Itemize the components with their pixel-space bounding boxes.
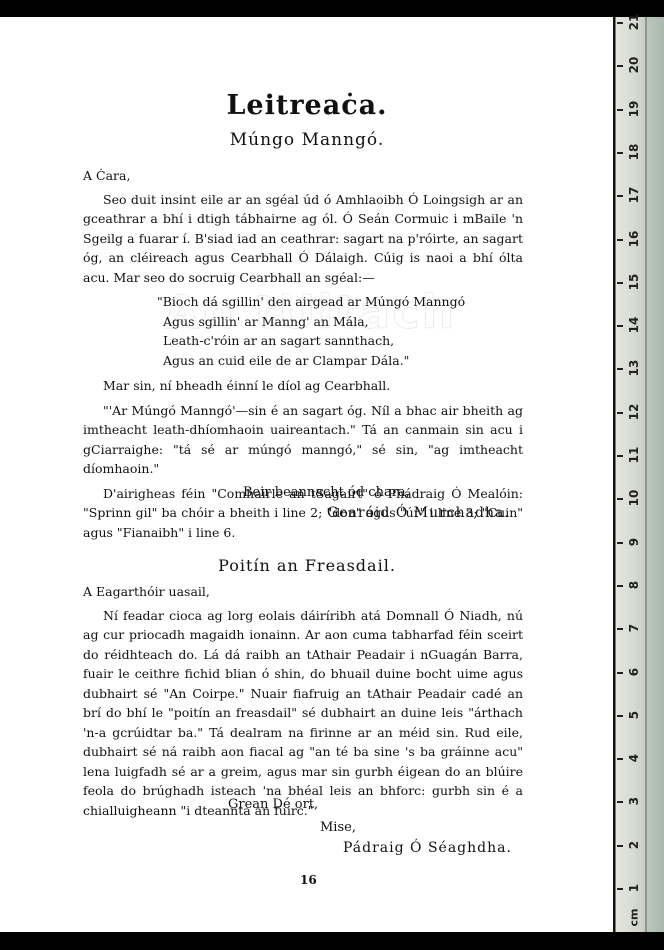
ruler-tick (617, 455, 623, 457)
ruler-tick-label: 17 (627, 184, 641, 206)
ruler-tick (617, 325, 623, 327)
letter1-verse: "Bioch dá sgillin' den airgead ar Múngó … (163, 292, 523, 370)
ruler-tick-label: 11 (627, 444, 641, 466)
ruler-tick (617, 368, 623, 370)
ruler-tick-label: 21 (627, 11, 641, 33)
letter1-paragraph: Seo duit insint eile ar an sgéal úd ó Am… (83, 190, 523, 288)
ruler-tick-label: 10 (627, 487, 641, 509)
letter2-closing2: Mise, (320, 820, 356, 835)
verse-line: Leath-c'róin ar an sagart sannthach, (163, 331, 523, 351)
letter1-closing: Beir beannacht ód chara, (243, 485, 410, 500)
ruler-tick (617, 22, 623, 24)
ruler-tick-label: 12 (627, 401, 641, 423)
ruler-tick-label: 14 (627, 314, 641, 336)
ruler-tick (617, 65, 623, 67)
letter2-closing: Grean Dé ort, (228, 797, 318, 812)
ruler-tick-label: 7 (627, 617, 641, 639)
letter1-signature: Gearóid Ó Murchadha. (327, 505, 510, 521)
ruler-tick-label: 16 (627, 228, 641, 250)
ruler-tick (617, 412, 623, 414)
letter2-body: A Eagarthóir uasail, Ní feadar cioca ag … (83, 582, 523, 825)
verse-line: "Bioch dá sgillin' den airgead ar Múngó … (163, 292, 523, 312)
ruler-tick (617, 715, 623, 717)
ruler-tick (617, 109, 623, 111)
ruler-tick (617, 152, 623, 154)
ruler-tick (617, 542, 623, 544)
ruler-tick (617, 888, 623, 890)
letter2-paragraph: Ní feadar cioca ag lorg eolais dáiríribh… (83, 606, 523, 821)
ruler-unit-label: cm (628, 907, 641, 929)
ruler-tick (617, 801, 623, 803)
letter1-salutation: A Ċara, (83, 166, 523, 186)
ruler-tick (617, 585, 623, 587)
ruler-tick (617, 498, 623, 500)
letter2-salutation: A Eagarthóir uasail, (83, 582, 523, 602)
ruler-tick-label: 8 (627, 574, 641, 596)
letter1-after-verse: Mar sin, ní bheadh éinní le díol ag Cear… (83, 376, 523, 396)
ruler-tick (617, 195, 623, 197)
ruler-tick-label: 15 (627, 271, 641, 293)
ruler-tick (617, 239, 623, 241)
ruler-tick-label: 4 (627, 747, 641, 769)
ruler-tick-label: 3 (627, 790, 641, 812)
ruler-tick (617, 282, 623, 284)
letter2-signature: Pádraig Ó Séaghdha. (343, 840, 512, 856)
measuring-ruler: 212019181716151413121110987654321cm (613, 17, 647, 932)
verse-line: Agus an cuid eile de ar Clampar Dála." (163, 351, 523, 371)
ruler-tick-label: 18 (627, 141, 641, 163)
page-title: Leitreaċa. (0, 90, 614, 121)
ruler-tick-label: 2 (627, 834, 641, 856)
ruler-tick (617, 628, 623, 630)
letter1-paragraph: "'Ar Múngó Manngó'—sin é an sagart óg. N… (83, 401, 523, 479)
letter1-heading: Múngo Manngó. (0, 130, 614, 150)
ruler-tick (617, 845, 623, 847)
ruler-tick-label: 20 (627, 54, 641, 76)
verse-line: Agus sgillin' ar Manng' an Mála, (163, 312, 523, 332)
ruler-tick (617, 672, 623, 674)
page-number: 16 (300, 873, 317, 887)
letter2-heading: Poitín an Freasdail. (0, 556, 614, 575)
ruler-tick-label: 5 (627, 704, 641, 726)
ruler-tick-label: 19 (627, 98, 641, 120)
ruler-tick-label: 9 (627, 531, 641, 553)
ruler-tick-label: 6 (627, 661, 641, 683)
background-strip (647, 17, 664, 932)
ruler-tick-label: 13 (627, 357, 641, 379)
ruler-tick-label: 1 (627, 877, 641, 899)
ruler-tick (617, 758, 623, 760)
